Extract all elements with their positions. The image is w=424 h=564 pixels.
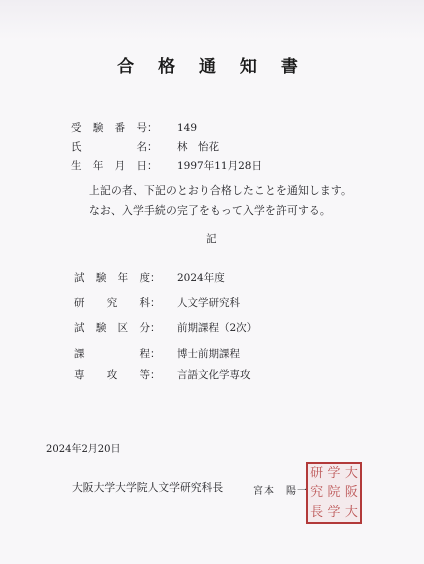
body-line-1: 上記の者、下記のとおり合格したことを通知します。 xyxy=(89,183,352,198)
applicant-row-name: 氏 名 ： 林 怡花 xyxy=(71,139,219,154)
exam-number-value: 149 xyxy=(177,122,197,134)
applicant-row-birthdate: 生 年 月 日 ： 1997年11月28日 xyxy=(71,158,262,173)
label: 生 年 月 日 xyxy=(71,158,147,173)
label: 氏 名 xyxy=(71,139,147,154)
official-seal-icon: 研 学 大 究 院 阪 長 学 大 xyxy=(306,462,362,524)
label: 受 験 番 号 xyxy=(71,120,147,135)
detail-row-exam-category: 試 験 区 分 ： 前期課程（2次） xyxy=(74,320,257,335)
detail-row-major: 専 攻 等 ： 言語文化学専攻 xyxy=(74,367,251,382)
issuer-title: 大阪大学大学院人文学研究科長 xyxy=(72,480,223,495)
birthdate-value: 1997年11月28日 xyxy=(177,158,262,173)
detail-row-exam-year: 試 験 年 度 ： 2024年度 xyxy=(74,270,225,285)
issue-date: 2024年2月20日 xyxy=(46,440,121,455)
detail-row-course: 課 程 ： 博士前期課程 xyxy=(74,346,240,361)
applicant-row-exam-number: 受 験 番 号 ： 149 xyxy=(71,120,197,135)
document-title: 合 格 通 知 書 xyxy=(0,52,424,77)
notification-page: 合 格 通 知 書 受 験 番 号 ： 149 氏 名 ： 林 怡花 生 年 月… xyxy=(0,0,424,564)
detail-row-graduate-school: 研 究 科 ： 人文学研究科 xyxy=(74,295,240,310)
body-line-2: なお、入学手続の完了をもって入学を許可する。 xyxy=(89,203,331,218)
ki-heading: 記 xyxy=(206,231,217,246)
signer-name: 宮本 陽一 xyxy=(253,482,308,497)
name-value: 林 怡花 xyxy=(177,139,219,154)
